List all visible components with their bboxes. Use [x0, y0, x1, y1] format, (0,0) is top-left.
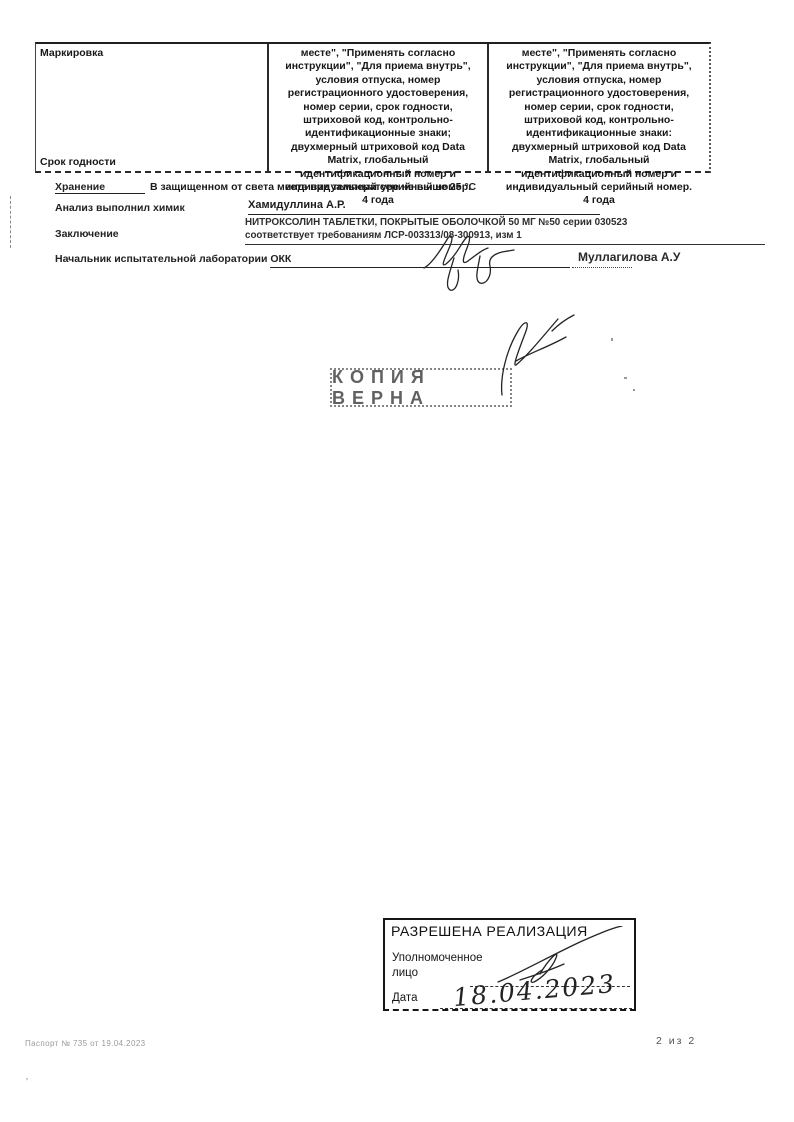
storage-value: В защищенном от света месте при температ… — [150, 181, 476, 193]
row-label-shelf-life: Срок годности — [40, 156, 262, 169]
marking-text-1-normal: месте", "Применять согласно инструкции",… — [285, 47, 470, 139]
specification-table: Маркировка Срок годности месте", "Примен… — [35, 42, 711, 173]
chemist-name: Хамидуллина А.Р. — [248, 199, 600, 215]
scan-speck — [633, 389, 635, 391]
copy-signature — [488, 305, 584, 401]
footer-document-reference: Паспорт № 735 от 19.04.2023 — [25, 1039, 146, 1048]
spec-table-marking-cell-1: месте", "Применять согласно инструкции",… — [269, 44, 489, 171]
copy-stamp: КОПИЯ ВЕРНА — [330, 368, 512, 407]
lab-head-name: Муллагилова А.У — [578, 250, 680, 264]
page-indicator: 2 из 2 — [656, 1035, 696, 1047]
marking-text-2-bold: двухмерный штриховой код Data Matrix, гл… — [506, 141, 692, 193]
lab-head-label: Начальник испытательной лаборатории ОКК — [55, 253, 291, 265]
row-label-marking: Маркировка — [40, 47, 262, 60]
date-label: Дата — [392, 992, 417, 1004]
spec-table-label-column: Маркировка Срок годности — [36, 44, 269, 171]
lab-head-signature — [418, 228, 548, 294]
scanned-document-page: ʼ Маркировка Срок годности месте", "Прим… — [0, 0, 794, 1122]
chemist-label: Анализ выполнил химик — [55, 202, 185, 214]
marking-text-2-normal: месте", "Применять согласно инструкции",… — [506, 47, 691, 139]
scan-speck — [624, 377, 627, 379]
scan-artifact-margin-line — [10, 196, 11, 248]
marking-text-1: месте", "Применять согласно инструкции",… — [274, 47, 482, 194]
scan-speck — [611, 338, 613, 341]
authorized-person-signature — [480, 926, 630, 986]
release-stamp-box: РАЗРЕШЕНА РЕАЛИЗАЦИЯ Уполномоченное лицо… — [383, 918, 636, 1011]
storage-label: Хранение — [55, 181, 145, 194]
signature-line-dots — [572, 267, 632, 268]
spec-table-marking-cell-2: месте", "Применять согласно инструкции",… — [489, 44, 709, 171]
marking-text-2: месте", "Применять согласно инструкции",… — [494, 47, 704, 194]
scan-artifact-mark: ʼ — [26, 1077, 28, 1087]
authorized-person-label-line1: Уполномоченное — [392, 952, 483, 964]
authorized-person-label-line2: лицо — [392, 967, 418, 979]
conclusion-label: Заключение — [55, 228, 119, 240]
